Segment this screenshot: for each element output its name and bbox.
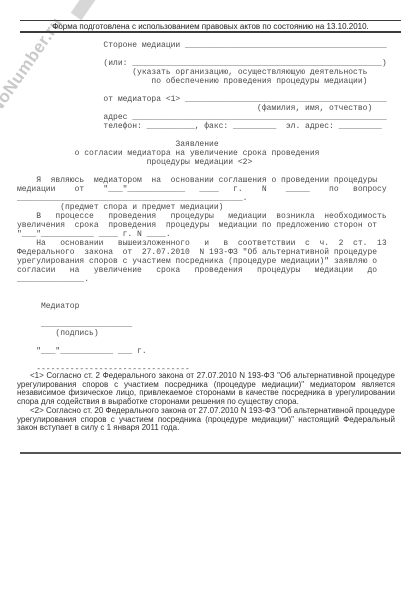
footnotes-block: <1> Согласно ст. 2 Федерального закона о…: [17, 372, 395, 433]
document-page: NoNumber.ru Форма подготовлена с использ…: [0, 0, 420, 600]
footnote-2: <2> Согласно ст. 20 Федерального закона …: [17, 407, 395, 433]
header-bottom-rule: [20, 31, 401, 33]
footnote-1: <1> Согласно ст. 2 Федерального закона о…: [17, 372, 395, 407]
watermark-stripe: [71, 0, 108, 20]
form-body-text: Стороне медиации _______________________…: [17, 41, 387, 374]
form-info-header: Форма подготовлена с использованием прав…: [20, 22, 401, 31]
footer-rule: [20, 452, 401, 454]
header-top-rule: [20, 20, 401, 21]
